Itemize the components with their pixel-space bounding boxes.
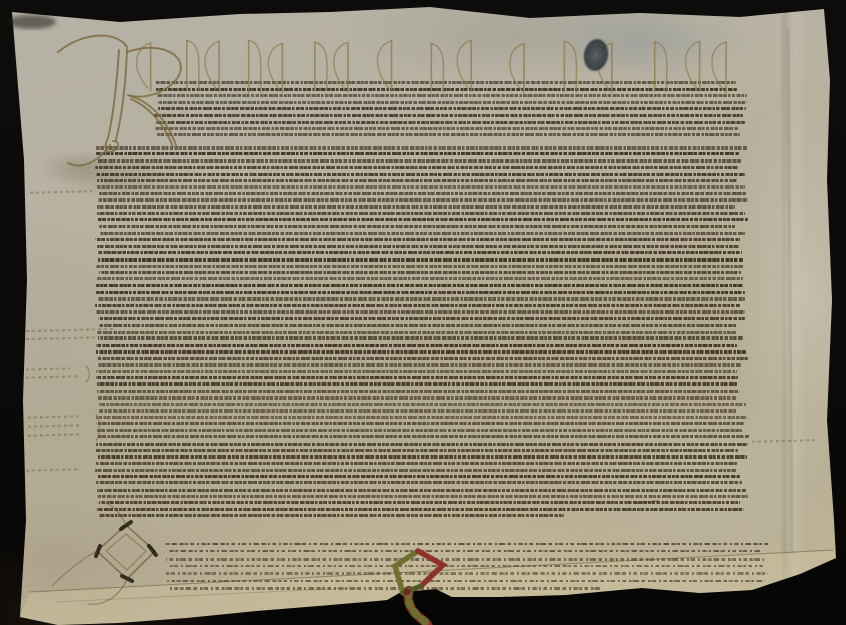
main-text-indented-line: [155, 81, 736, 84]
main-text-indented-line: [156, 121, 744, 124]
main-text-full-line: [97, 245, 739, 248]
main-text-full-line: [97, 489, 746, 492]
main-text-full-line: [98, 357, 748, 360]
main-text-indented-line: [158, 101, 748, 104]
margin-annotation-left: [26, 367, 70, 370]
main-text-indented-line: [157, 133, 740, 136]
main-text-full-line: [99, 192, 746, 195]
margin-annotation-left: [26, 375, 77, 378]
main-text-full-line: [96, 449, 738, 452]
main-text-full-line: [96, 284, 743, 287]
main-text-full-line: [97, 205, 736, 208]
margin-annotation-left: [28, 424, 81, 427]
main-text-full-line: [97, 382, 737, 385]
main-text-indented-line: [158, 107, 747, 110]
endorsement-text-line: [167, 587, 601, 590]
margin-annotation-left: [26, 468, 80, 471]
main-text-full-line: [98, 258, 743, 261]
main-text-full-line: [99, 232, 745, 235]
main-text-full-line: [97, 390, 740, 393]
main-text-full-line: [96, 173, 745, 176]
photo-background: [0, 0, 846, 625]
main-text-full-line: [97, 508, 744, 511]
margin-annotation-left: [28, 415, 79, 418]
main-text-full-line: [96, 481, 743, 484]
main-text-full-line: [95, 304, 739, 307]
margin-annotation-right: [752, 439, 816, 442]
main-text-full-line: [96, 344, 738, 347]
manuscript-text-layer: [0, 0, 846, 625]
main-text-full-line: [99, 409, 736, 412]
endorsement-text-line: [166, 572, 768, 575]
main-text-full-line: [99, 403, 747, 406]
main-text-full-line: [97, 277, 744, 280]
main-text-full-line: [99, 324, 738, 327]
main-text-full-line: [96, 416, 747, 419]
main-text-full-line: [98, 475, 740, 478]
margin-annotation-left: [28, 433, 82, 436]
endorsement-text-line: [165, 543, 769, 546]
main-text-full-line: [99, 514, 565, 517]
main-text-full-line: [96, 350, 746, 353]
main-text-full-line: [98, 159, 741, 162]
main-text-full-line: [95, 265, 742, 268]
main-text-full-line: [97, 429, 742, 432]
main-text-full-line: [96, 462, 738, 465]
main-text-full-line: [98, 251, 742, 254]
main-text-full-line: [96, 376, 738, 379]
main-text-full-line: [96, 310, 745, 313]
main-text-full-line: [97, 218, 748, 221]
main-text-full-line: [98, 396, 736, 399]
main-text-full-line: [95, 166, 738, 169]
main-text-full-line: [96, 152, 739, 155]
main-text-full-line: [96, 370, 737, 373]
main-text-full-line: [98, 336, 744, 339]
main-text-full-line: [98, 198, 747, 201]
main-text-full-line: [97, 212, 744, 215]
endorsement-text-line: [168, 550, 761, 553]
main-text-full-line: [96, 291, 744, 294]
main-text-full-line: [99, 225, 736, 228]
main-text-full-line: [95, 469, 735, 472]
main-text-full-line: [96, 146, 747, 149]
main-text-indented-line: [156, 88, 737, 91]
main-text-full-line: [98, 317, 745, 320]
main-text-indented-line: [154, 114, 742, 117]
main-text-full-line: [97, 185, 746, 188]
main-text-full-line: [97, 495, 748, 498]
main-text-full-line: [98, 297, 746, 300]
main-text-full-line: [99, 271, 742, 274]
main-text-full-line: [96, 422, 745, 425]
main-text-indented-line: [154, 127, 737, 130]
main-text-full-line: [97, 179, 738, 182]
main-text-indented-line: [157, 94, 747, 97]
endorsement-text-line: [167, 580, 765, 583]
endorsement-text-line: [169, 565, 764, 568]
main-text-full-line: [96, 443, 748, 446]
main-text-full-line: [98, 455, 747, 458]
margin-annotation-left: [30, 190, 92, 193]
main-text-full-line: [98, 435, 749, 438]
main-text-full-line: [98, 363, 741, 366]
main-text-full-line: [97, 331, 736, 334]
main-text-full-line: [99, 501, 740, 504]
main-text-full-line: [95, 238, 740, 241]
endorsement-text-line: [166, 558, 764, 561]
